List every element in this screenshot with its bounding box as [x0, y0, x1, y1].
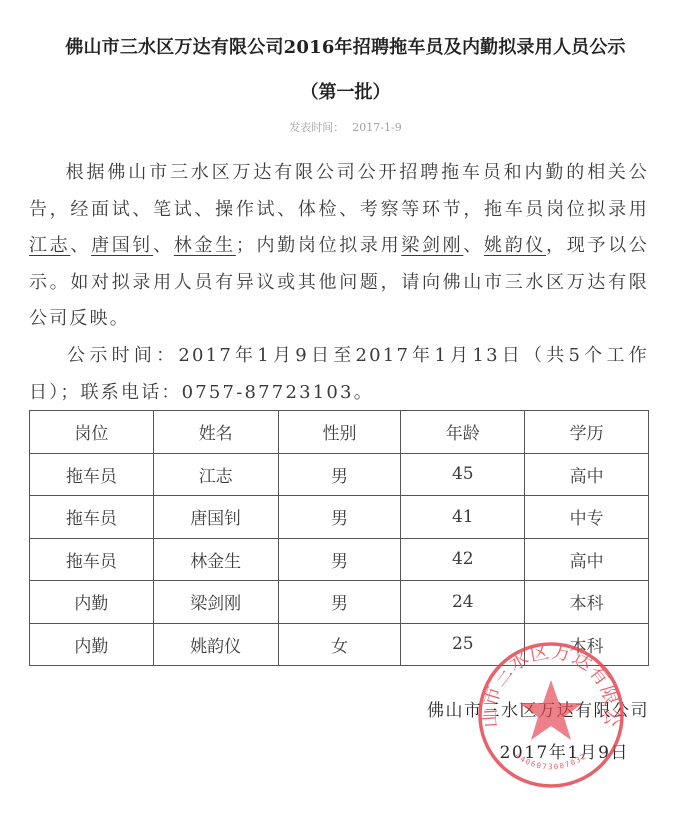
cell-position: 拖车员: [30, 453, 154, 496]
table-row: 拖车员 唐国钊 男 41 中专: [30, 496, 649, 539]
candidate-name: 林金生: [174, 235, 236, 256]
table-row: 拖车员 林金生 男 42 高中: [30, 538, 649, 581]
cell-position: 内勤: [30, 623, 154, 666]
paragraph-text: 根据佛山市三水区万达有限公司公开招聘拖车员和内勤的相关公告，经面试、笔试、操作试…: [29, 162, 649, 220]
cell-gender: 男: [278, 581, 401, 624]
separator: 、: [70, 235, 91, 256]
announcement-paragraph: 根据佛山市三水区万达有限公司公开招聘拖车员和内勤的相关公告，经面试、笔试、操作试…: [29, 155, 649, 338]
column-header-age: 年龄: [401, 411, 525, 454]
column-header-position: 岗位: [30, 411, 154, 454]
paragraph-text: ；内勤岗位拟录用: [236, 235, 401, 256]
candidate-name: 唐国钊: [91, 235, 153, 256]
document-title: 佛山市三水区万达有限公司2016年招聘拖车员及内勤拟录用人员公示: [0, 33, 691, 59]
cell-position: 内勤: [30, 581, 154, 624]
cell-age: 24: [401, 581, 525, 624]
cell-age: 25: [401, 623, 525, 666]
cell-name: 林金生: [153, 538, 278, 581]
cell-position: 拖车员: [30, 496, 154, 539]
cell-education: 高中: [525, 538, 649, 581]
cell-name: 江志: [153, 453, 278, 496]
cell-education: 本科: [525, 623, 649, 666]
table-row: 拖车员 江志 男 45 高中: [30, 453, 649, 496]
cell-education: 本科: [525, 581, 649, 624]
column-header-name: 姓名: [153, 411, 278, 454]
notice-period-paragraph: 公示时间：2017年1月9日至2017年1月13日（共5个工作日）；联系电话：0…: [29, 338, 649, 411]
candidate-name: 梁剑刚: [401, 235, 463, 256]
cell-age: 41: [401, 496, 525, 539]
separator: 、: [463, 235, 484, 256]
candidate-name: 江志: [29, 235, 70, 256]
table-row: 内勤 梁剑刚 男 24 本科: [30, 581, 649, 624]
signature-organization: 佛山市三水区万达有限公司: [427, 696, 649, 721]
document-subtitle: （第一批）: [0, 78, 691, 104]
publish-date-value: 2017-1-9: [352, 121, 401, 134]
cell-gender: 男: [278, 496, 401, 539]
candidate-name: 姚韵仪: [484, 235, 546, 256]
cell-name: 梁剑刚: [153, 581, 278, 624]
table-row: 内勤 姚韵仪 女 25 本科: [30, 623, 649, 666]
cell-education: 中专: [525, 496, 649, 539]
column-header-education: 学历: [525, 411, 649, 454]
cell-gender: 女: [278, 623, 401, 666]
cell-education: 高中: [525, 453, 649, 496]
hire-list-table: 岗位 姓名 性别 年龄 学历 拖车员 江志 男 45 高中 拖车员 唐国钊 男 …: [29, 410, 649, 666]
cell-name: 姚韵仪: [153, 623, 278, 666]
cell-gender: 男: [278, 453, 401, 496]
table-header-row: 岗位 姓名 性别 年龄 学历: [30, 411, 649, 454]
publish-date-line: 发表时间：2017-1-9: [0, 119, 691, 135]
publish-date-label: 发表时间：: [289, 121, 344, 134]
column-header-gender: 性别: [278, 411, 401, 454]
notice-period-text: 公示时间：2017年1月9日至2017年1月13日（共5个工作日）；联系电话：0…: [29, 345, 649, 403]
cell-gender: 男: [278, 538, 401, 581]
separator: 、: [153, 235, 174, 256]
signature-date: 2017年1月9日: [500, 738, 629, 763]
cell-name: 唐国钊: [153, 496, 278, 539]
cell-position: 拖车员: [30, 538, 154, 581]
cell-age: 45: [401, 453, 525, 496]
cell-age: 42: [401, 538, 525, 581]
